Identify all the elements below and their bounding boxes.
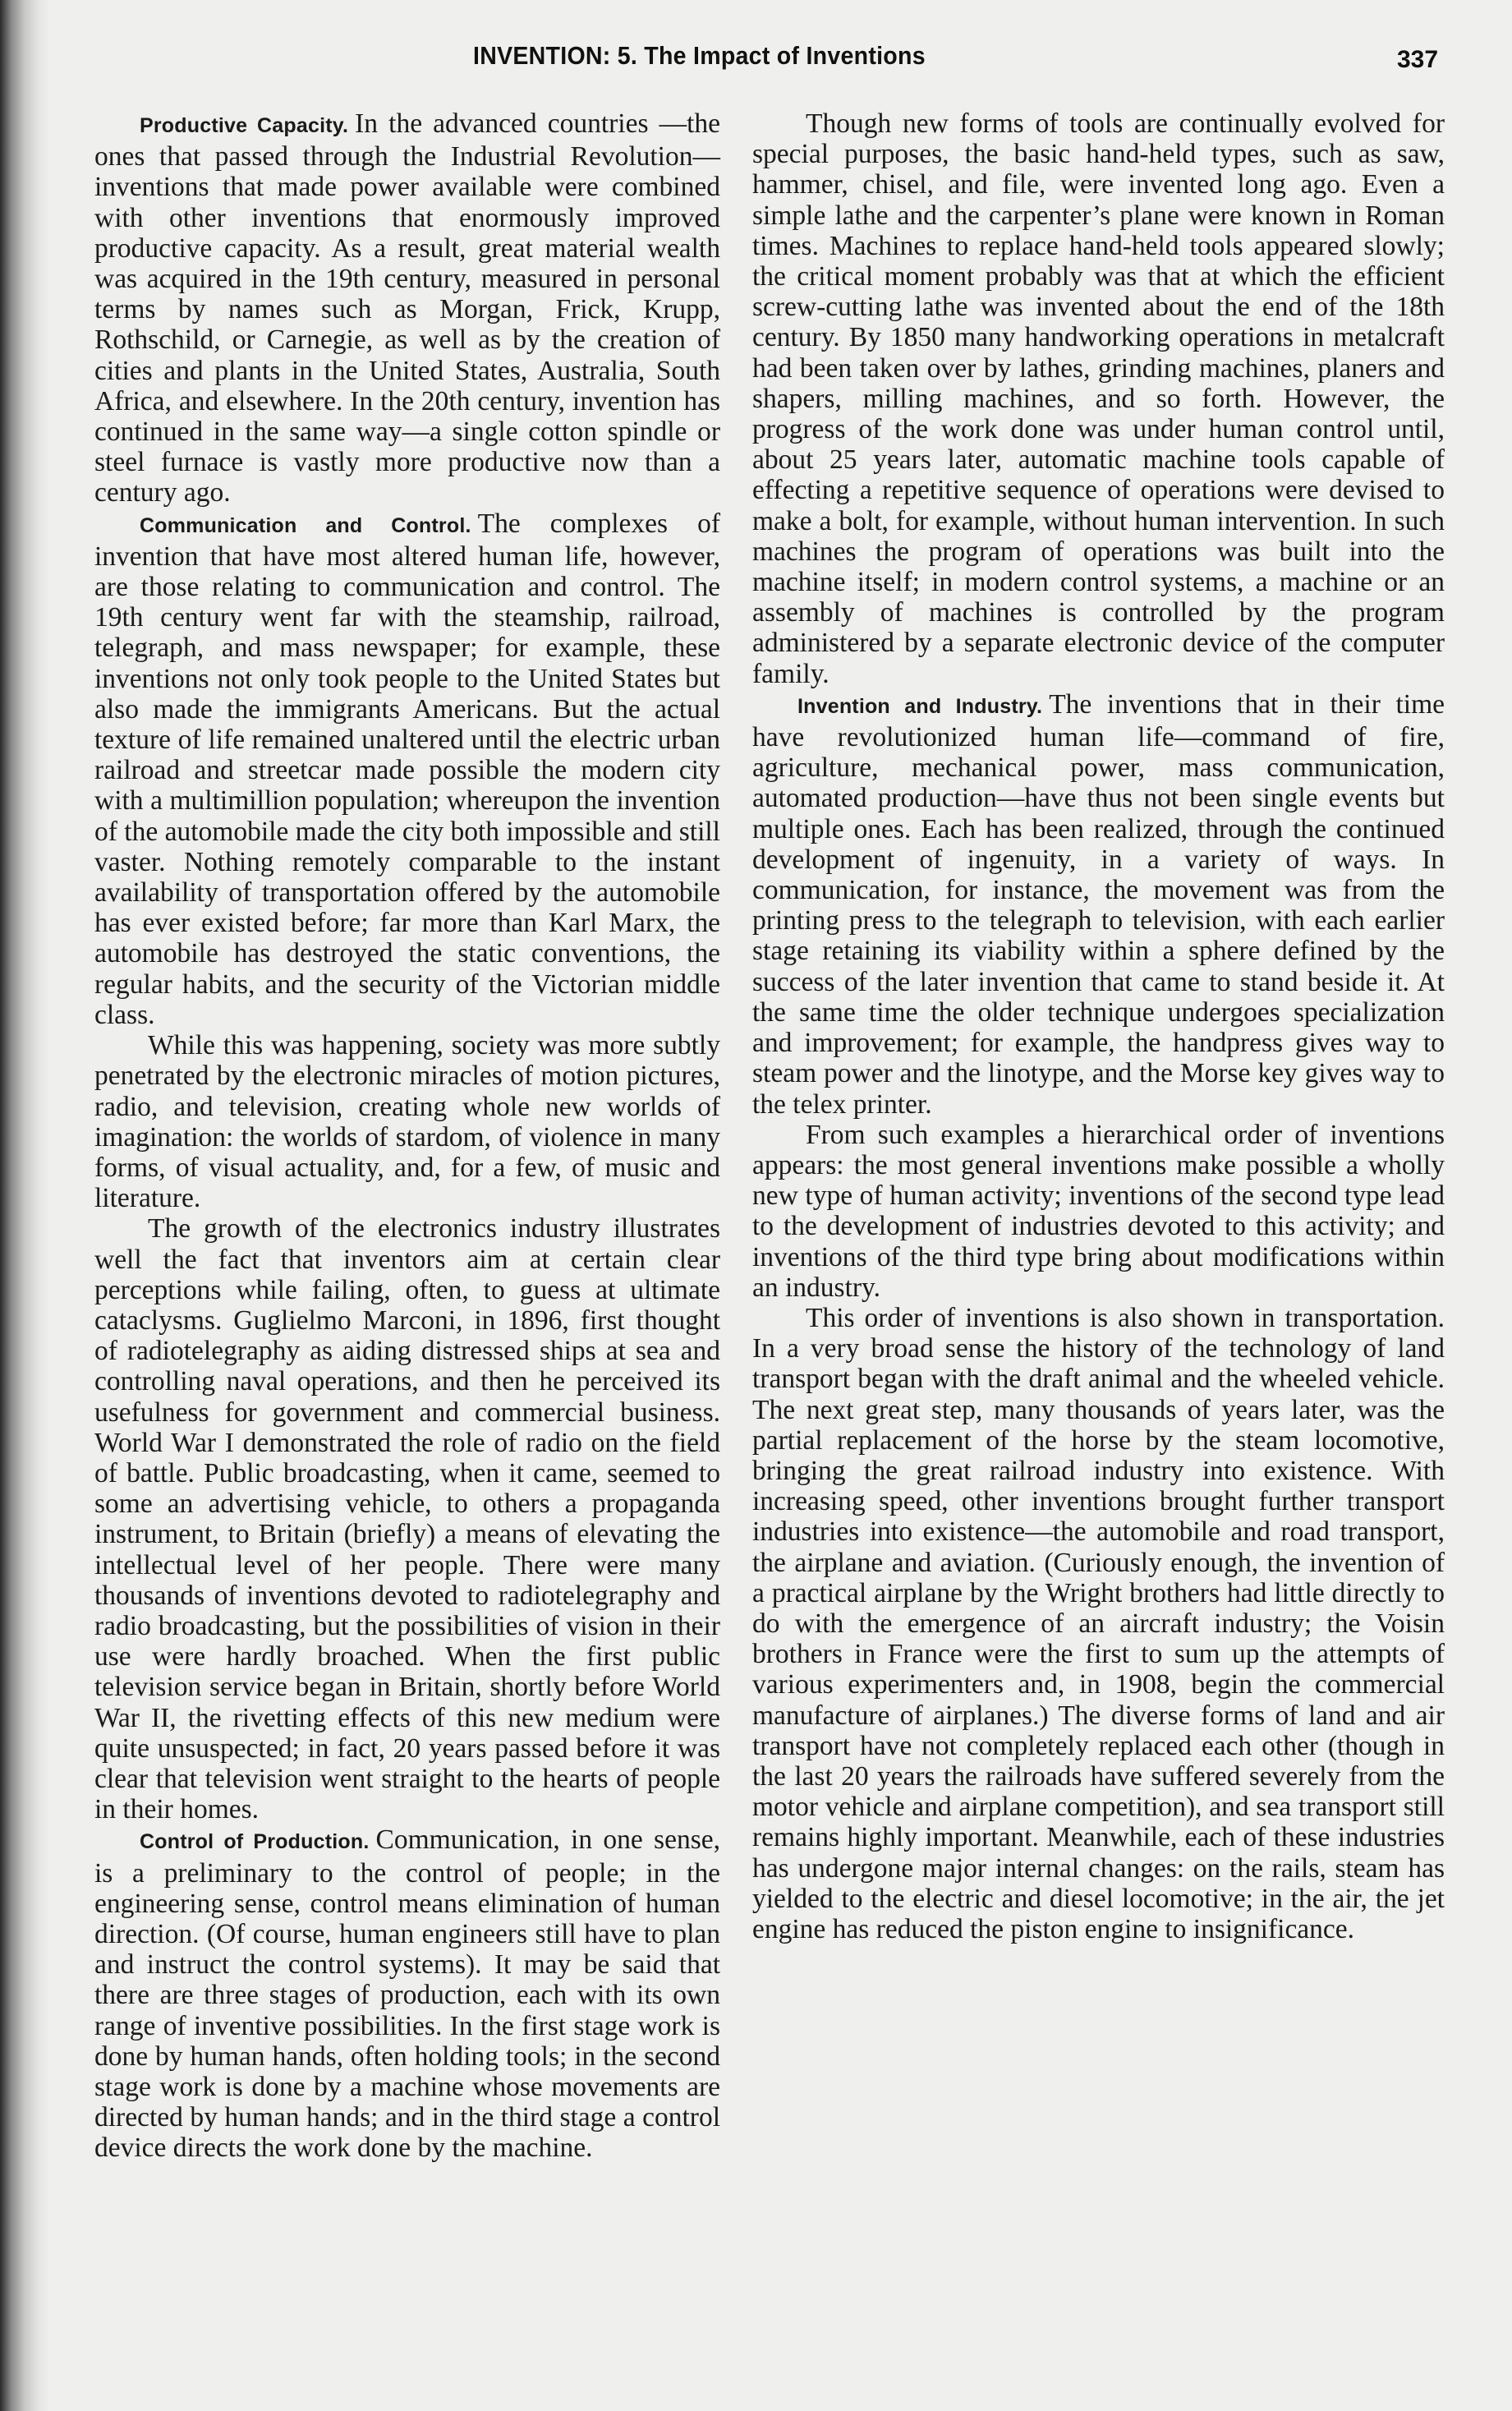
right-column: Though new forms of tools are continuall… <box>752 108 1445 1944</box>
paragraph-control-of-production: Control of Production.Communication, in … <box>94 1824 720 2163</box>
paragraph-electronics-industry: The growth of the electronics industry i… <box>94 1213 720 1824</box>
section-heading: Communication and Control. <box>140 514 471 537</box>
paragraph-hierarchical-order: From such examples a hierarchical order … <box>752 1120 1445 1303</box>
page-header: INVENTION: 5. The Impact of Inventions 3… <box>0 41 1512 82</box>
paragraph-electronic-miracles: While this was happening, society was mo… <box>94 1030 720 1213</box>
paragraph-invention-industry: Invention and Industry.The inventions th… <box>752 689 1445 1120</box>
book-gutter-shadow <box>0 0 49 2411</box>
section-heading: Productive Capacity. <box>140 114 348 137</box>
paragraph-text: Communication, in one sense, is a prelim… <box>94 1824 720 2163</box>
paragraph-text: The growth of the electronics industry i… <box>94 1213 720 1824</box>
paragraph-text: In the advanced countries —the ones that… <box>94 108 720 508</box>
paragraph-productive-capacity: Productive Capacity.In the advanced coun… <box>94 108 720 508</box>
paragraph-text: This order of inventions is also shown i… <box>752 1303 1445 1944</box>
section-heading: Control of Production. <box>140 1830 369 1853</box>
paragraph-text: Though new forms of tools are continuall… <box>752 108 1445 689</box>
paragraph-communication-control: Communication and Control.The complexes … <box>94 508 720 1030</box>
left-column: Productive Capacity.In the advanced coun… <box>94 108 720 2164</box>
running-head: INVENTION: 5. The Impact of Inventions <box>473 41 926 71</box>
paragraph-text: The inventions that in their time have r… <box>752 689 1445 1120</box>
page-number: 337 <box>1397 46 1438 74</box>
paragraph-text: The complexes of invention that have mos… <box>94 508 720 1030</box>
paragraph-text: While this was happening, society was mo… <box>94 1030 720 1213</box>
paragraph-text: From such examples a hierarchical order … <box>752 1120 1445 1303</box>
section-heading: Invention and Industry. <box>797 695 1042 718</box>
paragraph-transportation: This order of inventions is also shown i… <box>752 1303 1445 1944</box>
paragraph-tools: Though new forms of tools are continuall… <box>752 108 1445 689</box>
